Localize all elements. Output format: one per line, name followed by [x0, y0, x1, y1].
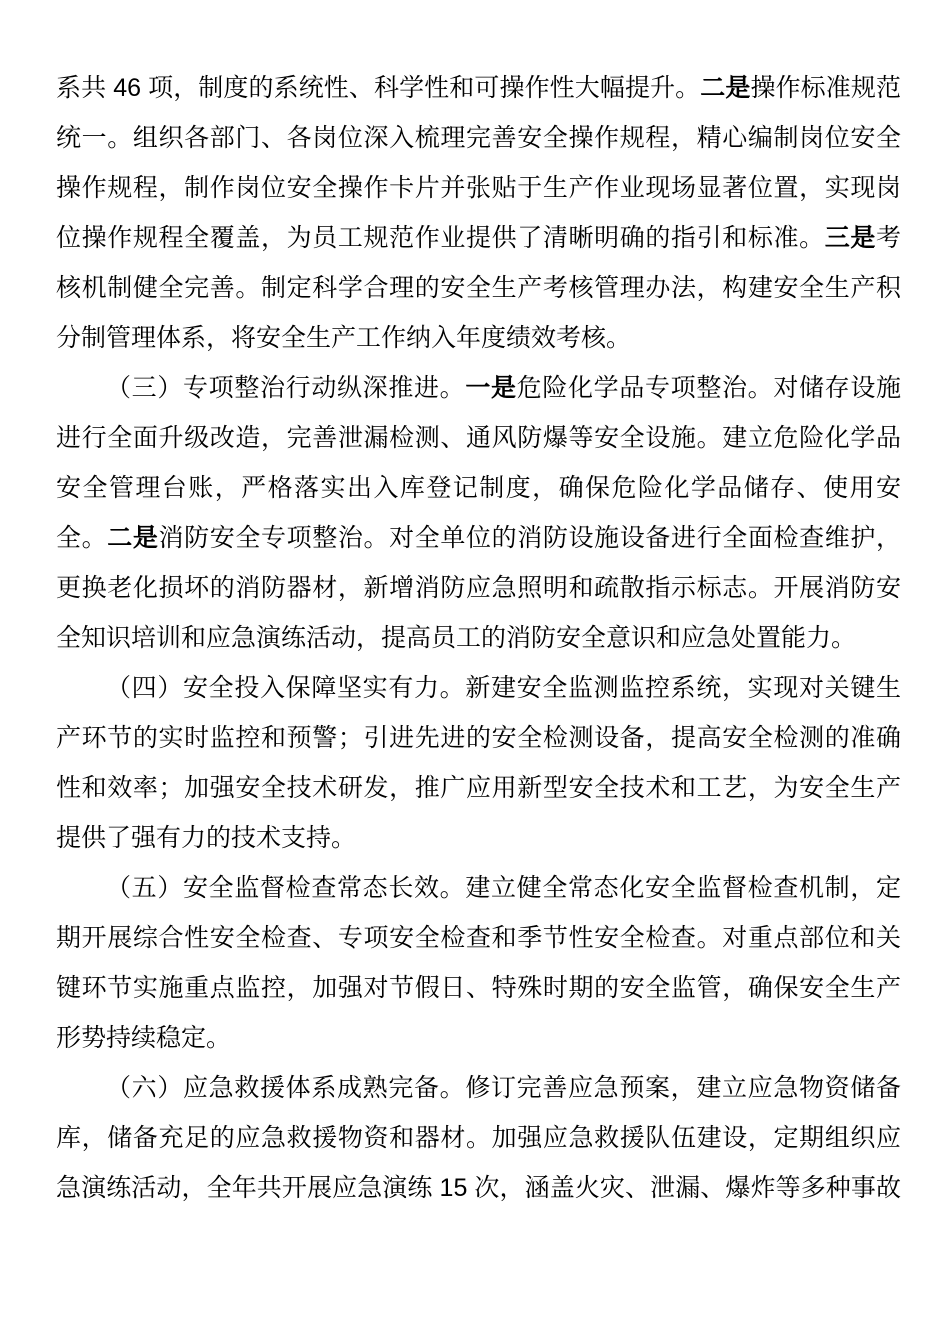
document-body: 系共 46 项，制度的系统性、科学性和可操作性大幅提升。二是操作标准规范统一。组… [56, 63, 901, 1213]
document-line: （四）安全投入保障坚实有力。新建安全监测监控系统，实现对关键生 [56, 663, 901, 713]
text-segment: 操作标准规范 [750, 74, 901, 102]
document-line: （三）专项整治行动纵深推进。一是危险化学品专项整治。对储存设施 [56, 363, 901, 413]
text-segment: 位操作规程全覆盖，为员工规范作业提供了清晰明确的指引和标准。 [56, 224, 825, 252]
document-line: 形势持续稳定。 [56, 1013, 901, 1063]
document-line: （五）安全监督检查常态长效。建立健全常态化安全监督检查机制，定 [56, 863, 901, 913]
text-segment: 消防安全专项整治。对全单位的消防设施设备进行全面检查维护， [159, 524, 901, 552]
text-segment: 统一。组织各部门、各岗位深入梳理完善安全操作规程，精心编制岗位安全 [56, 124, 901, 152]
text-segment: 考 [876, 224, 901, 252]
text-segment: 提供了强有力的技术支持。 [56, 824, 356, 852]
document-line: 位操作规程全覆盖，为员工规范作业提供了清晰明确的指引和标准。三是考 [56, 213, 901, 263]
emphasis-bold-segment: 一是 [465, 374, 516, 402]
text-segment: 库，储备充足的应急救援物资和器材。加强应急救援队伍建设，定期组织应 [56, 1124, 901, 1152]
text-segment: （三）专项整治行动纵深推进。 [106, 374, 465, 402]
document-line: 更换老化损坏的消防器材，新增消防应急照明和疏散指示标志。开展消防安 [56, 563, 901, 613]
text-segment: 操作规程，制作岗位安全操作卡片并张贴于生产作业现场显著位置，实现岗 [56, 174, 901, 202]
emphasis-bold-segment: 二是 [700, 74, 750, 102]
document-line: 分制管理体系，将安全生产工作纳入年度绩效考核。 [56, 313, 901, 363]
text-segment: 更换老化损坏的消防器材，新增消防应急照明和疏散指示标志。开展消防安 [56, 574, 901, 602]
text-segment: （四）安全投入保障坚实有力。新建安全监测监控系统，实现对关键生 [106, 674, 901, 702]
text-segment: 形势持续稳定。 [56, 1024, 231, 1052]
document-line: 产环节的实时监控和预警；引进先进的安全检测设备，提高安全检测的准确 [56, 713, 901, 763]
document-line: 进行全面升级改造，完善泄漏检测、通风防爆等安全设施。建立危险化学品 [56, 413, 901, 463]
document-line: 全知识培训和应急演练活动，提高员工的消防安全意识和应急处置能力。 [56, 613, 901, 663]
document-line: 安全管理台账，严格落实出入库登记制度，确保危险化学品储存、使用安 [56, 463, 901, 513]
text-segment: 全知识培训和应急演练活动，提高员工的消防安全意识和应急处置能力。 [56, 624, 856, 652]
text-segment: （六）应急救援体系成熟完备。修订完善应急预案，建立应急物资储备 [106, 1074, 901, 1102]
document-line: 键环节实施重点监控，加强对节假日、特殊时期的安全监管，确保安全生产 [56, 963, 901, 1013]
text-segment: 安全管理台账，严格落实出入库登记制度，确保危险化学品储存、使用安 [56, 474, 901, 502]
document-line: 全。二是消防安全专项整治。对全单位的消防设施设备进行全面检查维护， [56, 513, 901, 563]
document-line: 系共 46 项，制度的系统性、科学性和可操作性大幅提升。二是操作标准规范 [56, 63, 901, 113]
emphasis-bold-segment: 二是 [107, 524, 158, 552]
text-segment: 急演练活动，全年共开展应急演练 15 次，涵盖火灾、泄漏、爆炸等多种事故 [56, 1174, 901, 1202]
document-line: 期开展综合性安全检查、专项安全检查和季节性安全检查。对重点部位和关 [56, 913, 901, 963]
text-segment: 键环节实施重点监控，加强对节假日、特殊时期的安全监管，确保安全生产 [56, 974, 901, 1002]
text-segment: 期开展综合性安全检查、专项安全检查和季节性安全检查。对重点部位和关 [56, 924, 901, 952]
text-segment: 产环节的实时监控和预警；引进先进的安全检测设备，提高安全检测的准确 [56, 724, 901, 752]
emphasis-bold-segment: 三是 [825, 224, 876, 252]
text-segment: 系共 46 项，制度的系统性、科学性和可操作性大幅提升。 [56, 74, 700, 102]
document-page: 系共 46 项，制度的系统性、科学性和可操作性大幅提升。二是操作标准规范统一。组… [0, 0, 950, 1344]
text-segment: 全。 [56, 524, 107, 552]
text-segment: 进行全面升级改造，完善泄漏检测、通风防爆等安全设施。建立危险化学品 [56, 424, 901, 452]
document-line: 急演练活动，全年共开展应急演练 15 次，涵盖火灾、泄漏、爆炸等多种事故 [56, 1163, 901, 1213]
document-line: 统一。组织各部门、各岗位深入梳理完善安全操作规程，精心编制岗位安全 [56, 113, 901, 163]
document-line: 性和效率；加强安全技术研发，推广应用新型安全技术和工艺，为安全生产 [56, 763, 901, 813]
document-line: 操作规程，制作岗位安全操作卡片并张贴于生产作业现场显著位置，实现岗 [56, 163, 901, 213]
document-line: 核机制健全完善。制定科学合理的安全生产考核管理办法，构建安全生产积 [56, 263, 901, 313]
text-segment: 性和效率；加强安全技术研发，推广应用新型安全技术和工艺，为安全生产 [56, 774, 901, 802]
text-segment: 核机制健全完善。制定科学合理的安全生产考核管理办法，构建安全生产积 [56, 274, 901, 302]
document-line: 库，储备充足的应急救援物资和器材。加强应急救援队伍建设，定期组织应 [56, 1113, 901, 1163]
text-segment: 分制管理体系，将安全生产工作纳入年度绩效考核。 [56, 324, 631, 352]
document-line: （六）应急救援体系成熟完备。修订完善应急预案，建立应急物资储备 [56, 1063, 901, 1113]
text-segment: 危险化学品专项整治。对储存设施 [517, 374, 901, 402]
text-segment: （五）安全监督检查常态长效。建立健全常态化安全监督检查机制，定 [106, 874, 901, 902]
document-line: 提供了强有力的技术支持。 [56, 813, 901, 863]
